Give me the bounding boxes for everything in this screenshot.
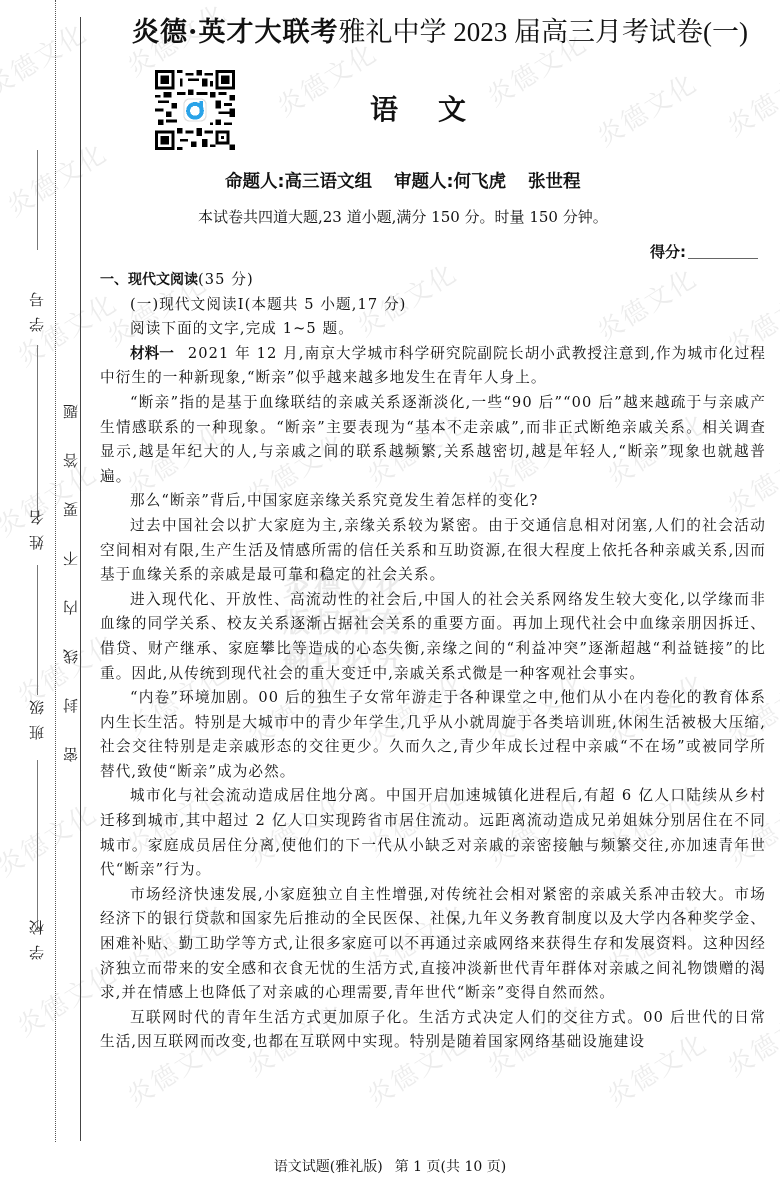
paragraph: 那么“断亲”背后,中国家庭亲缘关系究竟发生着怎样的变化? <box>100 489 766 514</box>
paragraph: 材料一2021 年 12 月,南京大学城市科学研究院副院长胡小武教授注意到,作为… <box>100 342 766 391</box>
class-blank[interactable] <box>37 565 38 695</box>
watermark: 炎德文化 <box>0 793 103 884</box>
paragraph: 市场经济快速发展,小家庭独立自主性增强,对传统社会相对紧密的亲戚关系冲击较大。市… <box>100 883 766 1006</box>
watermark: 炎德文化 <box>719 53 780 144</box>
subject-title: 语文 <box>370 88 506 128</box>
student-id-label: 学号 <box>26 282 47 332</box>
paragraph: “内卷”环境加剧。00 后的独生子女常年游走于各种课堂之中,他们从小在内卷化的教… <box>100 686 766 784</box>
seal-notice: 密封线内不要答题 <box>60 370 81 762</box>
footer-paper: 语文试题(雅礼版) <box>274 1159 383 1175</box>
material-label: 材料一 <box>130 345 174 362</box>
paragraph: 过去中国社会以扩大家庭为主,亲缘关系较为紧密。由于交通信息相对闭塞,人们的社会活… <box>100 514 766 588</box>
seal-dotted-line <box>55 0 56 1142</box>
instruction: 阅读下面的文字,完成 1~5 题。 <box>100 317 766 342</box>
reviewer: 审题人:何飞虎 <box>394 172 506 192</box>
subsection-heading: (一)现代文阅读Ⅰ(本题共 5 小题,17 分) <box>100 293 766 318</box>
school-label: 学校 <box>26 910 47 960</box>
score-blank[interactable] <box>688 258 758 259</box>
exam-info: 本试卷共四道大题,23 道小题,满分 150 分。时量 150 分钟。 <box>198 206 608 227</box>
score-field: 得分: <box>650 241 758 262</box>
page-footer: 语文试题(雅礼版)第 1 页(共 10 页) <box>0 1156 780 1176</box>
exam-title: 炎德·英才大联考雅礼中学 2023 届高三月考试卷(一) <box>100 10 780 49</box>
exam-brand: 炎德·英才大联考 <box>132 17 338 48</box>
exam-title-text: 雅礼中学 2023 届高三月考试卷(一) <box>338 17 747 47</box>
paragraph: “断亲”指的是基于血缘联结的亲戚关系逐渐淡化,一些“90 后”“00 后”越来越… <box>100 391 766 489</box>
paragraph: 城市化与社会流动造成居住地分离。中国开启加速城镇化进程后,有超 6 亿人口陆续从… <box>100 784 766 882</box>
qr-code-icon[interactable] <box>155 70 235 150</box>
name-label: 姓名 <box>26 500 47 550</box>
score-label: 得分: <box>650 243 686 261</box>
school-blank[interactable] <box>37 760 38 930</box>
setter: 命题人:高三语文组 <box>225 172 372 192</box>
exam-authors: 命题人:高三语文组审题人:何飞虎张世程 <box>225 168 581 193</box>
student-id-blank[interactable] <box>37 150 38 250</box>
class-label: 班级 <box>26 690 47 740</box>
section-heading: 一、现代文阅读(35 分) <box>100 268 766 293</box>
footer-page-number: 第 1 页(共 10 页) <box>395 1159 506 1175</box>
reading-content: 一、现代文阅读(35 分) (一)现代文阅读Ⅰ(本题共 5 小题,17 分) 阅… <box>100 268 766 1055</box>
reviewer-2: 张世程 <box>528 172 581 192</box>
paragraph: 进入现代化、开放性、高流动性的社会后,中国人的社会关系网络发生较大变化,以学缘而… <box>100 588 766 686</box>
paragraph: 互联网时代的青年生活方式更加原子化。生活方式决定人们的交往方式。00 后世代的日… <box>100 1006 766 1055</box>
watermark: 炎德文化 <box>0 453 103 544</box>
watermark: 炎德文化 <box>0 133 113 224</box>
name-blank[interactable] <box>37 345 38 520</box>
watermark: 炎德文化 <box>589 63 704 154</box>
